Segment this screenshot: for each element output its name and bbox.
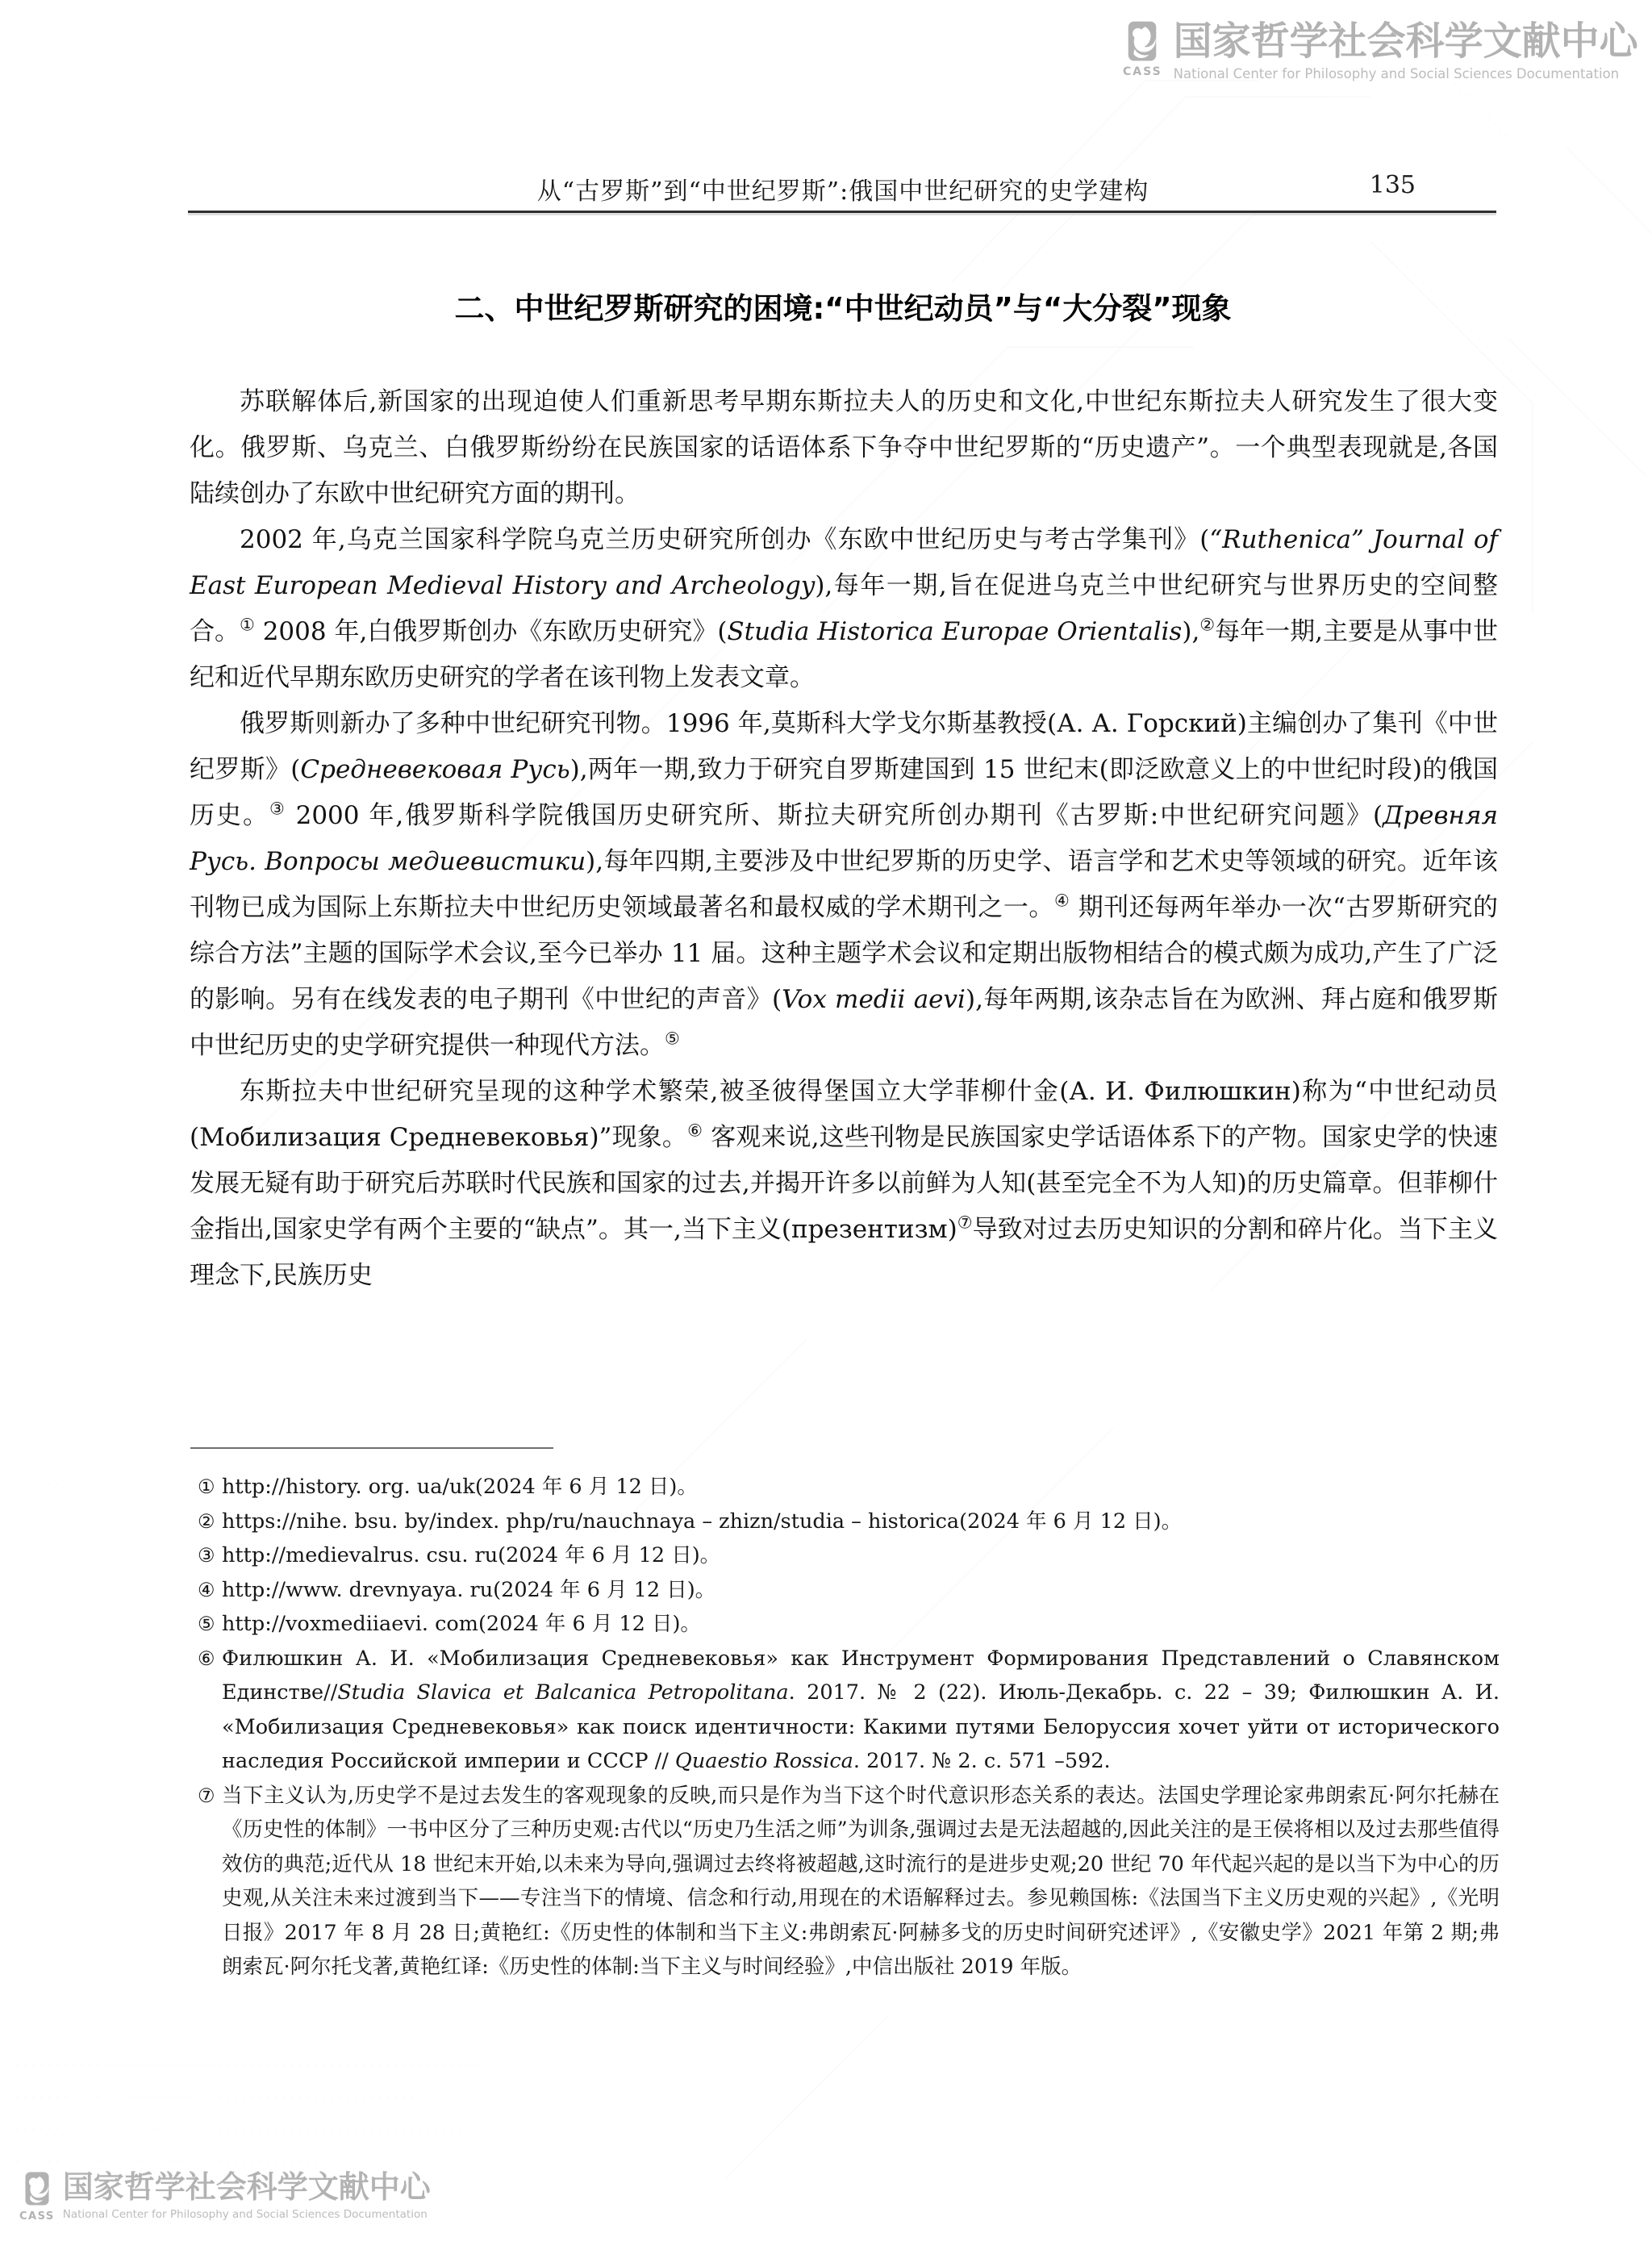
footnote-label: ① (198, 1470, 215, 1505)
running-title: 从“古罗斯”到“中世纪罗斯”:俄国中世纪研究的史学建构 (190, 171, 1496, 207)
footnote-text: http://history. org. ua/uk(2024 年 6 月 12… (222, 1475, 698, 1499)
document-page: CASS 国家哲学社会科学文献中心 National Center for Ph… (0, 0, 1652, 2258)
footnote-label: ④ (198, 1573, 215, 1608)
cass-logo-top: CASS 国家哲学社会科学文献中心 National Center for Ph… (1123, 21, 1638, 81)
footnote-separator (190, 1447, 553, 1449)
cass-logo-bottom: CASS 国家哲学社会科学文献中心 National Center for Ph… (19, 2170, 431, 2223)
footnote-item: ⑦当下主义认为,历史学不是过去发生的客观现象的反映,而只是作为当下这个时代意识形… (190, 1779, 1500, 1985)
article-body: 苏联解体后,新国家的出现迫使人们重新思考早期东斯拉夫人的历史和文化,中世纪东斯拉… (190, 379, 1498, 1299)
body-paragraph: 东斯拉夫中世纪研究呈现的这种学术繁荣,被圣彼得堡国立大学菲柳什金(А. И. Ф… (190, 1069, 1498, 1299)
footnote-item: ②https://nihe. bsu. by/index. php/ru/nau… (190, 1505, 1500, 1539)
footnote-text: https://nihe. bsu. by/index. php/ru/nauc… (222, 1509, 1182, 1534)
running-header: 从“古罗斯”到“中世纪罗斯”:俄国中世纪研究的史学建构 135 (190, 171, 1496, 208)
footnote-label: ② (198, 1505, 215, 1539)
cass-logo-abbr: CASS (1123, 65, 1162, 78)
footnote-ref: ① (240, 616, 255, 635)
footnote-text: Филюшкин А. И. «Мобилизация Средневековь… (222, 1647, 1500, 1774)
body-paragraph: 苏联解体后,新国家的出现迫使人们重新思考早期东斯拉夫人的历史和文化,中世纪东斯拉… (190, 379, 1498, 517)
footnote-ref: ⑥ (687, 1121, 703, 1141)
footnote-label: ⑤ (198, 1607, 215, 1642)
footnote-ref: ④ (1054, 891, 1070, 911)
footnote-text: 当下主义认为,历史学不是过去发生的客观现象的反映,而只是作为当下这个时代意识形态… (222, 1784, 1500, 1980)
footnote-label: ⑦ (198, 1779, 215, 1813)
cass-logo-name-zh: 国家哲学社会科学文献中心 (1174, 21, 1638, 61)
page-number: 135 (1370, 171, 1416, 199)
footnote-text: http://voxmediiaevi. com(2024 年 6 月 12 日… (222, 1612, 701, 1636)
footnote-ref: ⑦ (957, 1213, 973, 1233)
cass-logo-name-en: National Center for Philosophy and Socia… (1174, 66, 1638, 81)
footnote-ref: ⑤ (665, 1029, 680, 1049)
footnote-text: http://medievalrus. csu. ru(2024 年 6 月 1… (222, 1543, 720, 1567)
footnote-ref: ③ (269, 799, 286, 819)
cass-logo-icon (25, 2170, 49, 2207)
footnote-ref: ② (1199, 616, 1215, 635)
body-paragraph: 2002 年,乌克兰国家科学院乌克兰历史研究所创办《东欧中世纪历史与考古学集刊》… (190, 517, 1498, 701)
cass-logo-name-zh: 国家哲学社会科学文献中心 (63, 2170, 431, 2204)
footnote-text: http://www. drevnyaya. ru(2024 年 6 月 12 … (222, 1578, 715, 1602)
section-title: 二、中世纪罗斯研究的困境:“中世纪动员”与“大分裂”现象 (190, 284, 1496, 328)
body-paragraph: 俄罗斯则新办了多种中世纪研究刊物。1996 年,莫斯科大学戈尔斯基教授(А. А… (190, 701, 1498, 1069)
footnote-label: ⑥ (198, 1642, 215, 1676)
cass-logo-name-en: National Center for Philosophy and Socia… (63, 2208, 431, 2221)
cass-logo-abbr: CASS (19, 2210, 55, 2223)
cass-logo-icon (1128, 21, 1157, 61)
footnote-item: ⑤http://voxmediiaevi. com(2024 年 6 月 12 … (190, 1607, 1500, 1642)
footnote-item: ①http://history. org. ua/uk(2024 年 6 月 1… (190, 1470, 1500, 1505)
footnote-item: ③http://medievalrus. csu. ru(2024 年 6 月 … (190, 1538, 1500, 1573)
footnote-item: ④http://www. drevnyaya. ru(2024 年 6 月 12… (190, 1573, 1500, 1608)
footnote-item: ⑥Филюшкин А. И. «Мобилизация Средневеков… (190, 1642, 1500, 1779)
footnote-label: ③ (198, 1538, 215, 1573)
footnote-list: ①http://history. org. ua/uk(2024 年 6 月 1… (190, 1470, 1500, 1985)
header-rule (188, 211, 1496, 213)
